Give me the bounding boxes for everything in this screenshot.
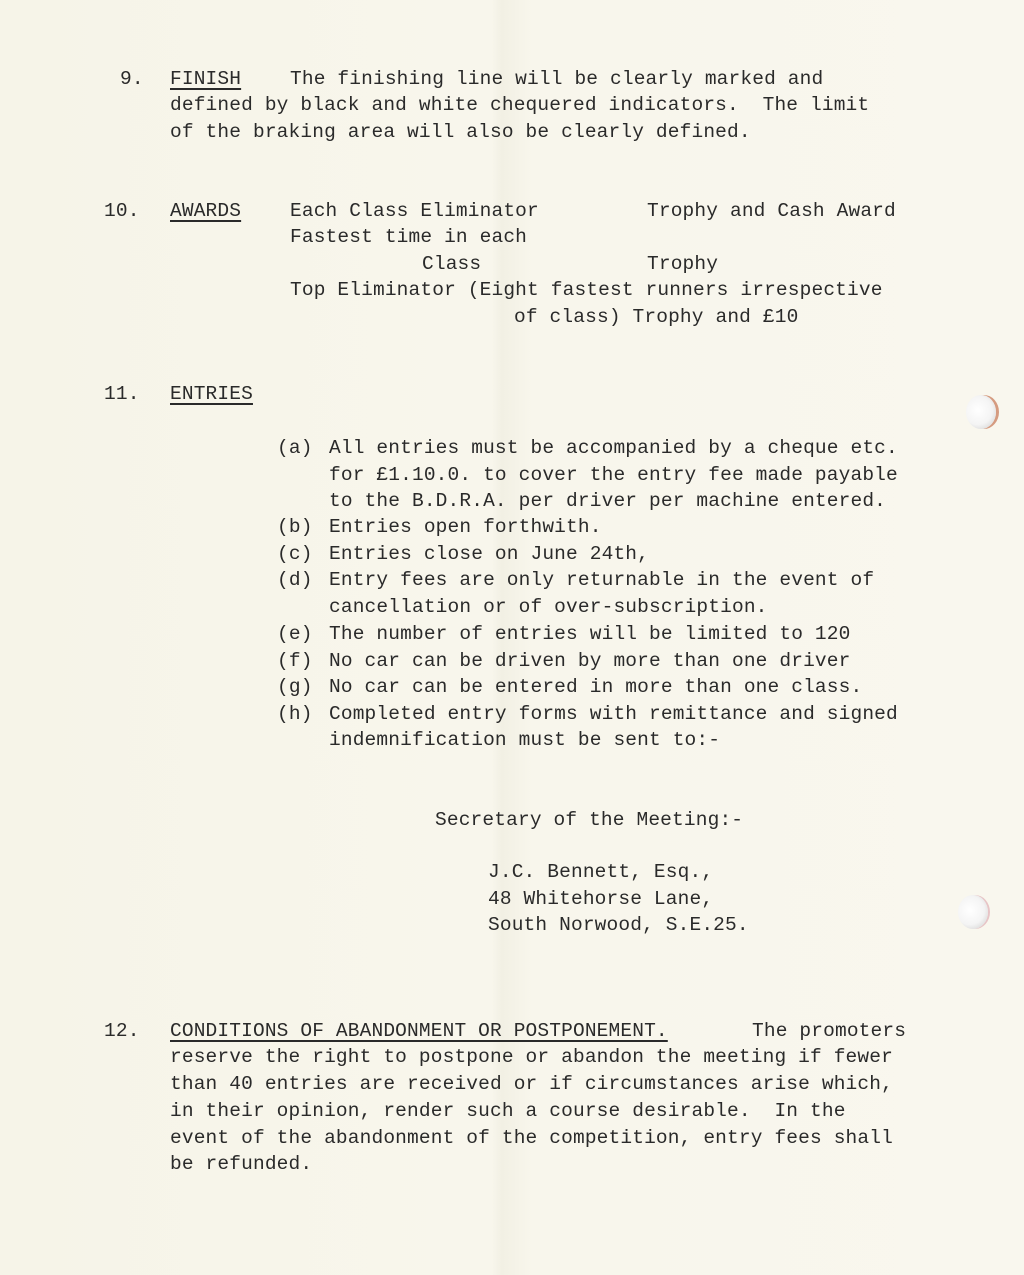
section-number-finish: 9.	[120, 66, 144, 93]
entry-text: for £1.10.0. to cover the entry fee made…	[329, 462, 898, 489]
abandonment-line-1: The promoters	[752, 1018, 906, 1045]
entry-label: (b)	[277, 514, 313, 541]
punch-hole-icon	[966, 395, 996, 429]
section-number-awards: 10.	[104, 198, 140, 225]
section-number-entries: 11.	[104, 381, 140, 408]
secretary-address-line: 48 Whitehorse Lane,	[488, 886, 713, 913]
award-row-right: Trophy	[647, 251, 718, 278]
entry-label: (h)	[277, 701, 313, 728]
entry-text: Completed entry forms with remittance an…	[329, 701, 898, 728]
entry-text: indemnification must be sent to:-	[329, 727, 720, 754]
entry-text: No car can be entered in more than one c…	[329, 674, 862, 701]
abandonment-line: reserve the right to postpone or abandon…	[170, 1044, 893, 1071]
award-row-left: Each Class Eliminator	[290, 198, 539, 225]
entry-text: No car can be driven by more than one dr…	[329, 648, 850, 675]
entry-label: (e)	[277, 621, 313, 648]
secretary-address-line: J.C. Bennett, Esq.,	[488, 859, 713, 886]
section-number-abandonment: 12.	[104, 1018, 140, 1045]
award-row-right: Trophy and Cash Award	[647, 198, 896, 225]
award-row-left: Fastest time in each	[290, 224, 527, 251]
entry-label: (d)	[277, 567, 313, 594]
entry-text: cancellation or of over-subscription.	[329, 594, 768, 621]
section-heading-abandonment: CONDITIONS OF ABANDONMENT OR POSTPONEMEN…	[170, 1018, 668, 1045]
abandonment-line: be refunded.	[170, 1151, 312, 1178]
entry-label: (f)	[277, 648, 313, 675]
typed-page: 9. FINISH The finishing line will be cle…	[0, 0, 1024, 1275]
finish-line-2: defined by black and white chequered ind…	[170, 92, 869, 119]
entry-label: (g)	[277, 674, 313, 701]
secretary-title: Secretary of the Meeting:-	[435, 807, 743, 834]
award-row-left: Top Eliminator (Eight fastest runners ir…	[290, 277, 883, 304]
entry-text: Entries open forthwith.	[329, 514, 602, 541]
abandonment-line: event of the abandonment of the competit…	[170, 1125, 893, 1152]
finish-line-1: The finishing line will be clearly marke…	[290, 66, 823, 93]
entry-text: Entry fees are only returnable in the ev…	[329, 567, 874, 594]
abandonment-line: in their opinion, render such a course d…	[170, 1098, 846, 1125]
section-heading-finish: FINISH	[170, 66, 241, 93]
entry-label: (a)	[277, 435, 313, 462]
finish-line-3: of the braking area will also be clearly…	[170, 119, 751, 146]
abandonment-line: than 40 entries are received or if circu…	[170, 1071, 893, 1098]
entry-text: Entries close on June 24th,	[329, 541, 649, 568]
section-heading-awards: AWARDS	[170, 198, 241, 225]
entry-text: The number of entries will be limited to…	[329, 621, 850, 648]
punch-hole-icon	[958, 895, 988, 929]
secretary-address-line: South Norwood, S.E.25.	[488, 912, 749, 939]
entry-label: (c)	[277, 541, 313, 568]
section-heading-entries: ENTRIES	[170, 381, 253, 408]
award-row-left: Class	[422, 251, 481, 278]
award-row-left: of class) Trophy and £10	[514, 304, 798, 331]
entry-text: All entries must be accompanied by a che…	[329, 435, 898, 462]
entry-text: to the B.D.R.A. per driver per machine e…	[329, 488, 886, 515]
